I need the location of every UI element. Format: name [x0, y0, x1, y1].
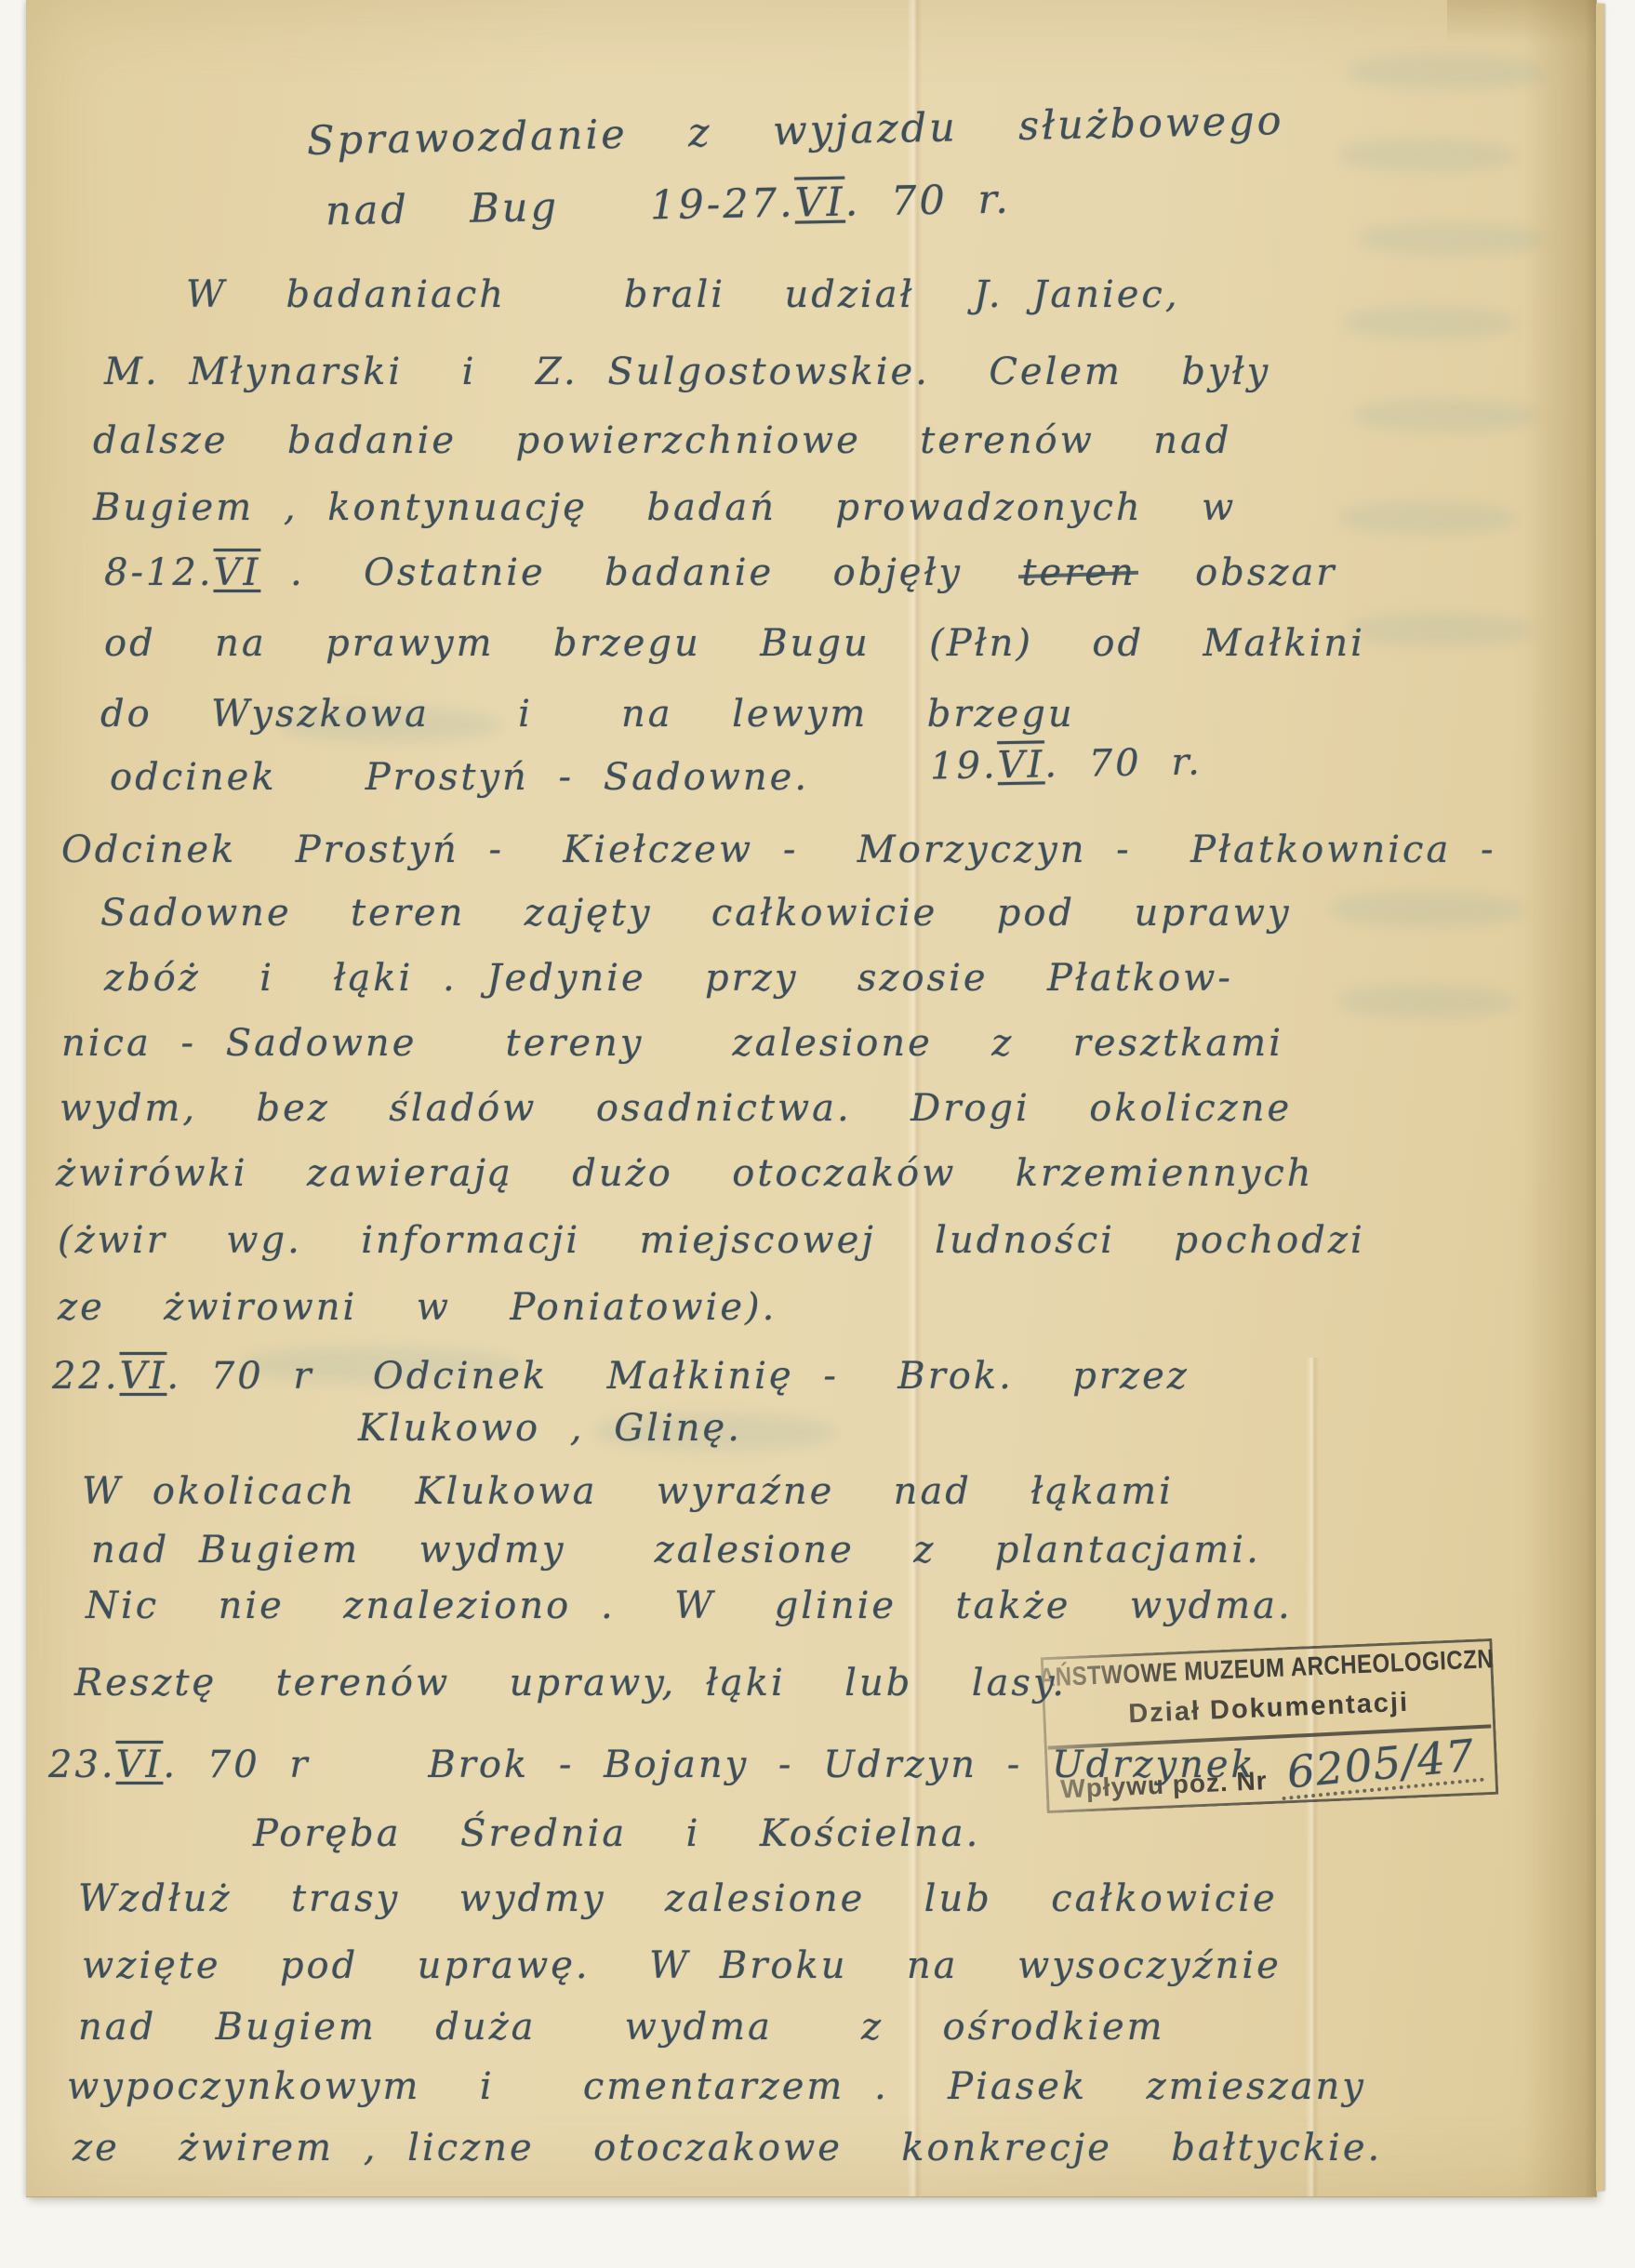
text-line: Poręba Średnia i Kościelna. [253, 1813, 980, 1854]
text-line: Klukowo , Glinę. [358, 1408, 742, 1449]
paper-fold [1523, 0, 1596, 2196]
text-line: od na prawym brzegu Bugu (Płn) od Małkin… [104, 623, 1365, 664]
show-through-mark [1358, 223, 1544, 255]
paper-edge [1596, 4, 1604, 2191]
text-line: nica - Sadowne tereny zalesione z resztk… [61, 1023, 1283, 1064]
text-line: M. Młynarski i Z. Sulgostowskie. Celem b… [104, 351, 1270, 392]
show-through-mark [1339, 139, 1516, 171]
text-line: 23.VI. 70 r Brok - Bojany - Udrzyn - Udr… [48, 1744, 1256, 1785]
text-line: wzięte pod uprawę. W Broku na wysoczyźni… [82, 1945, 1282, 1986]
show-through-mark [1339, 986, 1516, 1017]
show-through-mark [1344, 307, 1516, 338]
show-through-mark [1339, 502, 1516, 534]
text-line: wypoczynkowym i cmentarzem . Piasek zmie… [67, 2066, 1366, 2107]
show-through-mark [1330, 893, 1525, 926]
text-line: odcinek Prostyń - Sadowne. [110, 757, 809, 798]
show-through-mark [1353, 400, 1539, 431]
text-line: 8-12.VI . Ostatnie badanie objęły teren … [104, 552, 1336, 593]
text-line: żwirówki zawierają dużo otoczaków krzemi… [56, 1153, 1314, 1194]
text-line: 22.VI. 70 r Odcinek Małkinię - Brok. prz… [52, 1356, 1190, 1397]
text-line: (żwir wg. informacji miejscowej ludności… [58, 1220, 1365, 1261]
text-line: W okolicach Klukowa wyraźne nad łąkami [82, 1471, 1174, 1512]
text-line: ze żwirem , liczne otoczakowe konkrecje … [73, 2128, 1382, 2169]
show-through-mark [1349, 614, 1535, 645]
stamp-entry-number: 6205/47 [1278, 1736, 1484, 1801]
show-through-mark [1349, 56, 1544, 89]
text-line: dalsze badanie powierzchniowe terenów na… [93, 420, 1232, 461]
text-line: Bugiem , kontynuację badań prowadzonych … [93, 487, 1236, 528]
paper-corner-shade [1447, 0, 1596, 43]
text-line: Wzdłuż trasy wydmy zalesione lub całkowi… [78, 1878, 1278, 1919]
stamp-department: Dział Dokumentacji [1128, 1688, 1410, 1731]
text-line: Nic nie znaleziono . W glinie także wydm… [86, 1585, 1293, 1626]
text-line: wydm, bez śladów osadnictwa. Drogi okoli… [60, 1088, 1292, 1129]
text-line: do Wyszkowa i na lewym brzegu [100, 694, 1075, 735]
text-line: nad Bugiem duża wydma z ośrodkiem [78, 2007, 1165, 2048]
text-line: nad Bugiem wydmy zalesione z plantacjami… [91, 1530, 1261, 1571]
date-note: 19.VI. 70 r. [930, 741, 1203, 787]
text-line: Resztę terenów uprawy, łąki lub lasy. [74, 1663, 1067, 1704]
text-line: zbóż i łąki . Jedynie przy szosie Płatko… [104, 958, 1233, 999]
text-line: Sadowne teren zajęty całkowicie pod upra… [100, 893, 1292, 934]
text-line: W badaniach brali udział J. Janiec, [186, 274, 1180, 315]
text-line: Odcinek Prostyń - Kiełczew - Morzyczyn -… [61, 829, 1496, 870]
archive-stamp: PAŃSTWOWE MUZEUM ARCHEOLOGICZNE Dział Do… [1041, 1638, 1499, 1813]
scanned-document: Sprawozdanie z wyjazdu służbowego nad Bu… [0, 0, 1635, 2268]
text-line: ze żwirowni w Poniatowie). [58, 1287, 777, 1328]
